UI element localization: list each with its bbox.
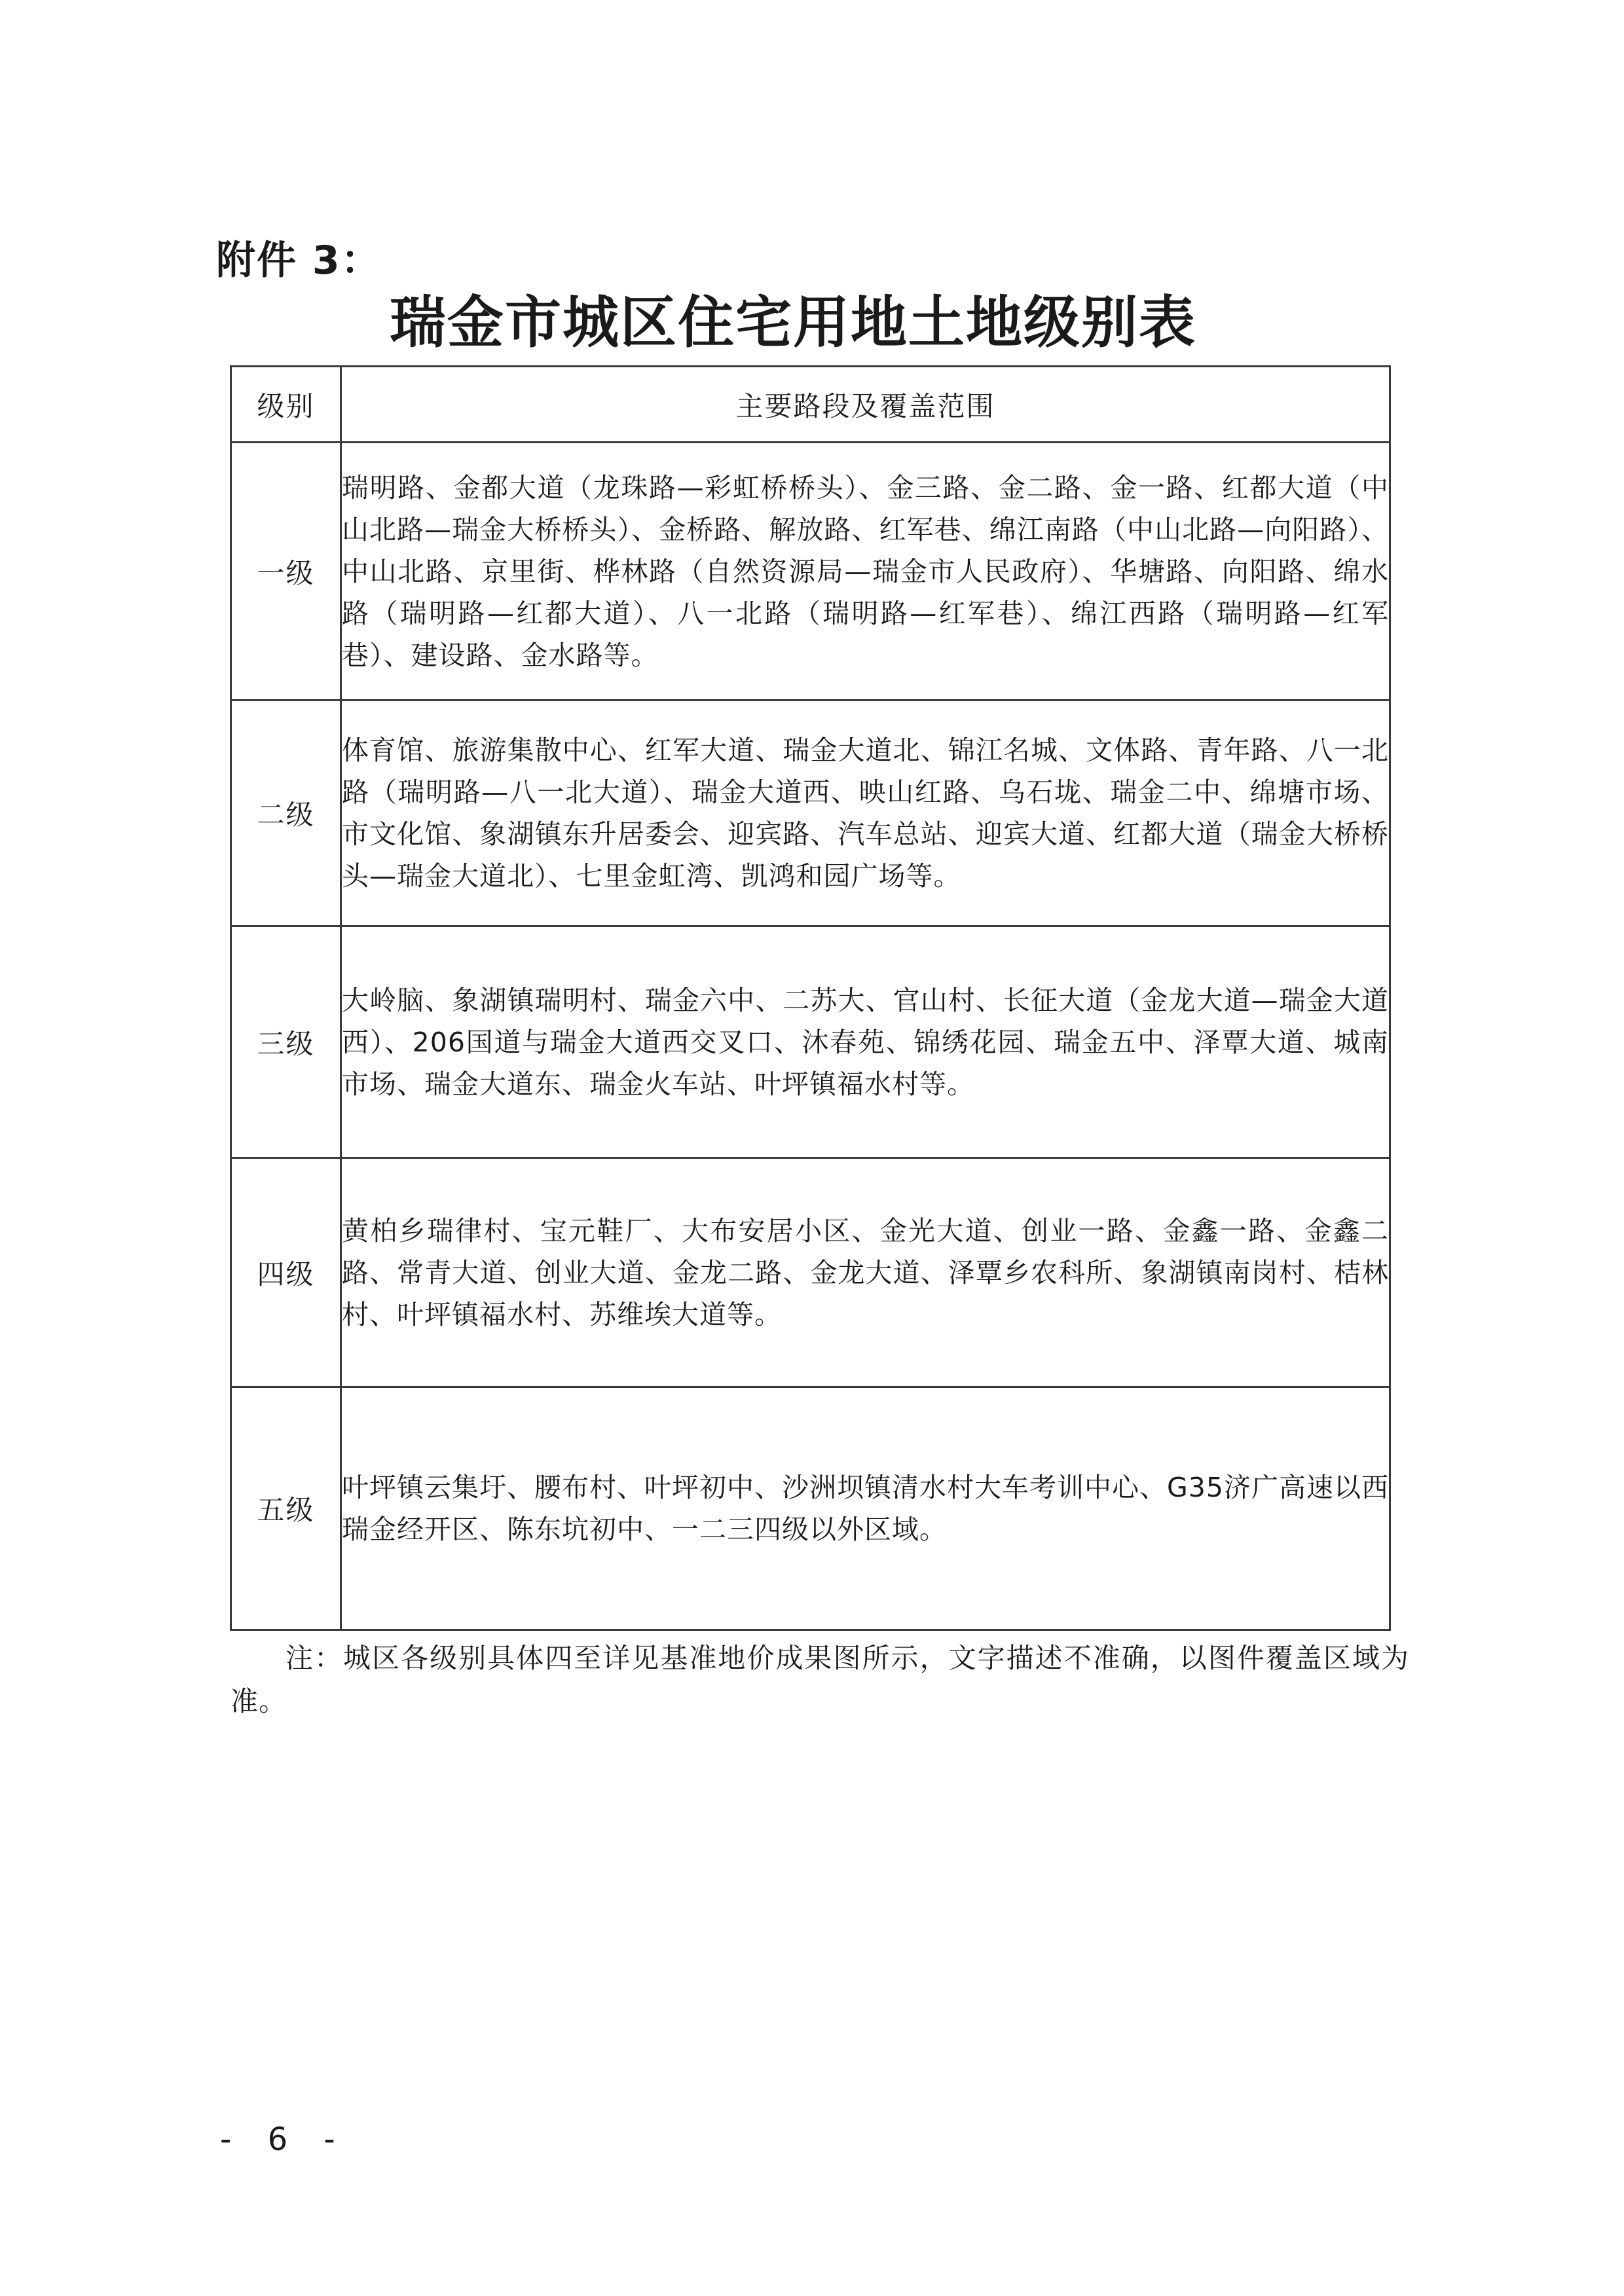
scope-cell: 体育馆、旅游集散中心、红军大道、瑞金大道北、锦江名城、文体路、青年路、八一北路（… [341,701,1390,926]
table-footnote: 注：城区各级别具体四至详见基准地价成果图所示，文字描述不准确，以图件覆盖区域为准… [231,1637,1409,1723]
grade-cell: 一级 [231,443,341,701]
scope-cell: 黄柏乡瑞律村、宝元鞋厂、大布安居小区、金光大道、创业一路、金鑫一路、金鑫二路、常… [341,1158,1390,1387]
grade-cell: 三级 [231,926,341,1158]
grade-cell: 二级 [231,701,341,926]
document-title: 瑞金市城区住宅用地土地级别表 [390,287,1196,359]
table-header-row: 级别 主要路段及覆盖范围 [231,367,1390,443]
land-grade-table: 级别 主要路段及覆盖范围 一级 瑞明路、金都大道（龙珠路—彩虹桥桥头）、金三路、… [230,365,1391,1631]
header-grade: 级别 [231,367,341,443]
scope-cell: 瑞明路、金都大道（龙珠路—彩虹桥桥头）、金三路、金二路、金一路、红都大道（中山北… [341,443,1390,701]
page-number: - 6 - [220,2121,348,2158]
scope-cell: 叶坪镇云集圩、腰布村、叶坪初中、沙洲坝镇清水村大车考训中心、G35济广高速以西瑞… [341,1387,1390,1630]
table-row: 四级 黄柏乡瑞律村、宝元鞋厂、大布安居小区、金光大道、创业一路、金鑫一路、金鑫二… [231,1158,1390,1387]
attachment-label: 附件 3： [216,234,382,287]
header-scope: 主要路段及覆盖范围 [341,367,1390,443]
table-row: 五级 叶坪镇云集圩、腰布村、叶坪初中、沙洲坝镇清水村大车考训中心、G35济广高速… [231,1387,1390,1630]
grade-cell: 四级 [231,1158,341,1387]
grade-cell: 五级 [231,1387,341,1630]
table-row: 一级 瑞明路、金都大道（龙珠路—彩虹桥桥头）、金三路、金二路、金一路、红都大道（… [231,443,1390,701]
scope-cell: 大岭脑、象湖镇瑞明村、瑞金六中、二苏大、官山村、长征大道（金龙大道—瑞金大道西）… [341,926,1390,1158]
table-row: 二级 体育馆、旅游集散中心、红军大道、瑞金大道北、锦江名城、文体路、青年路、八一… [231,701,1390,926]
table-row: 三级 大岭脑、象湖镇瑞明村、瑞金六中、二苏大、官山村、长征大道（金龙大道—瑞金大… [231,926,1390,1158]
